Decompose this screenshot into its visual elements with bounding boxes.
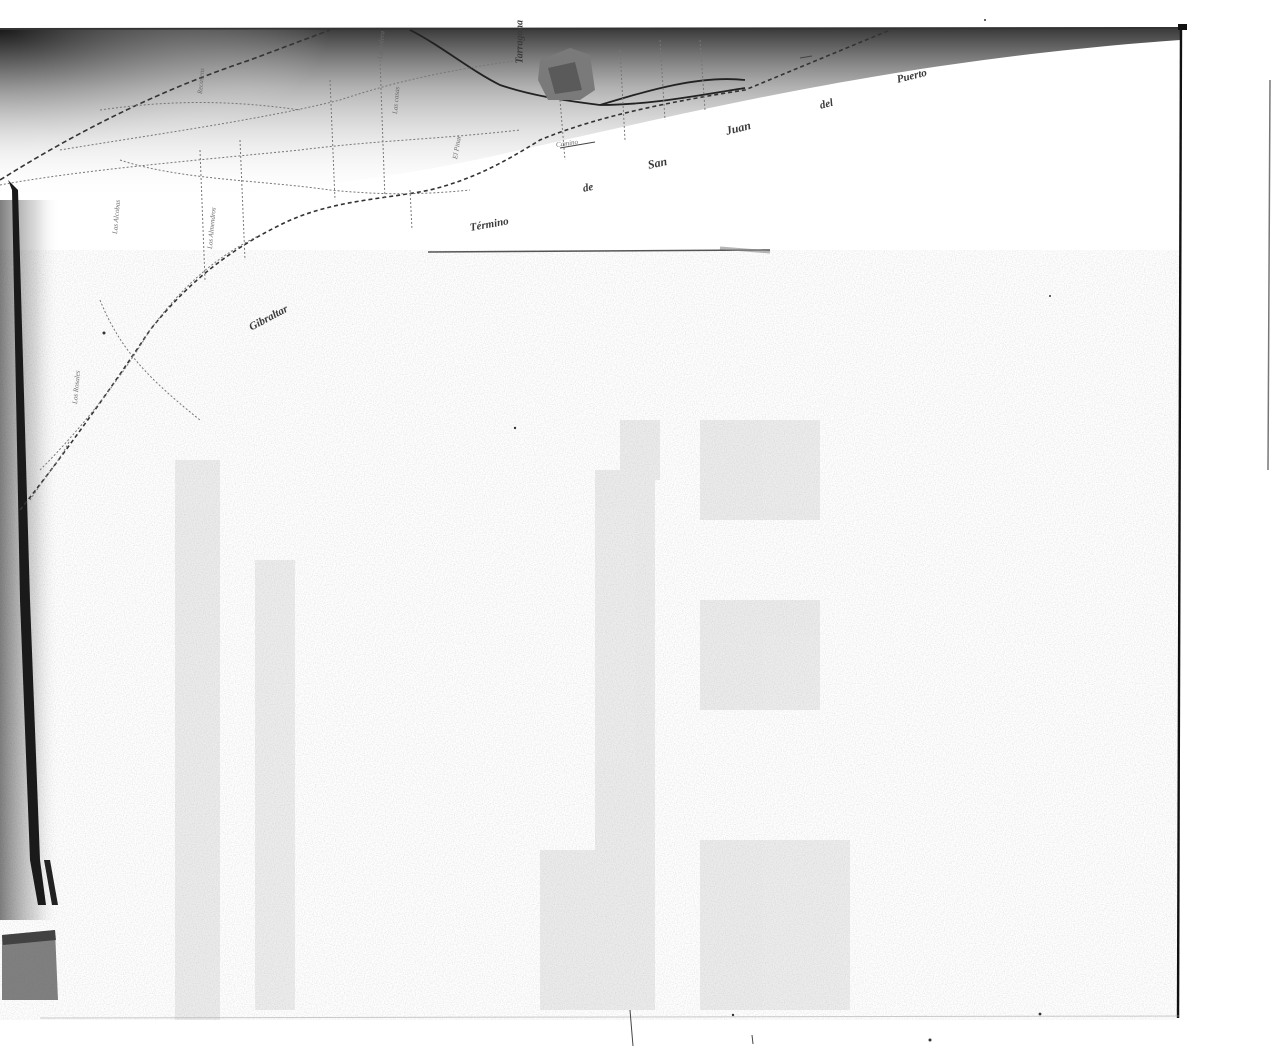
frame-top: [0, 28, 1180, 29]
scan-shadow-corner: [0, 28, 330, 168]
town-label: Tarragona: [515, 20, 526, 64]
sheet-edge: [1268, 80, 1270, 470]
frame-right: [1178, 28, 1181, 1018]
map-scan: [0, 0, 1280, 1046]
term-label-word-2: de: [582, 181, 595, 195]
